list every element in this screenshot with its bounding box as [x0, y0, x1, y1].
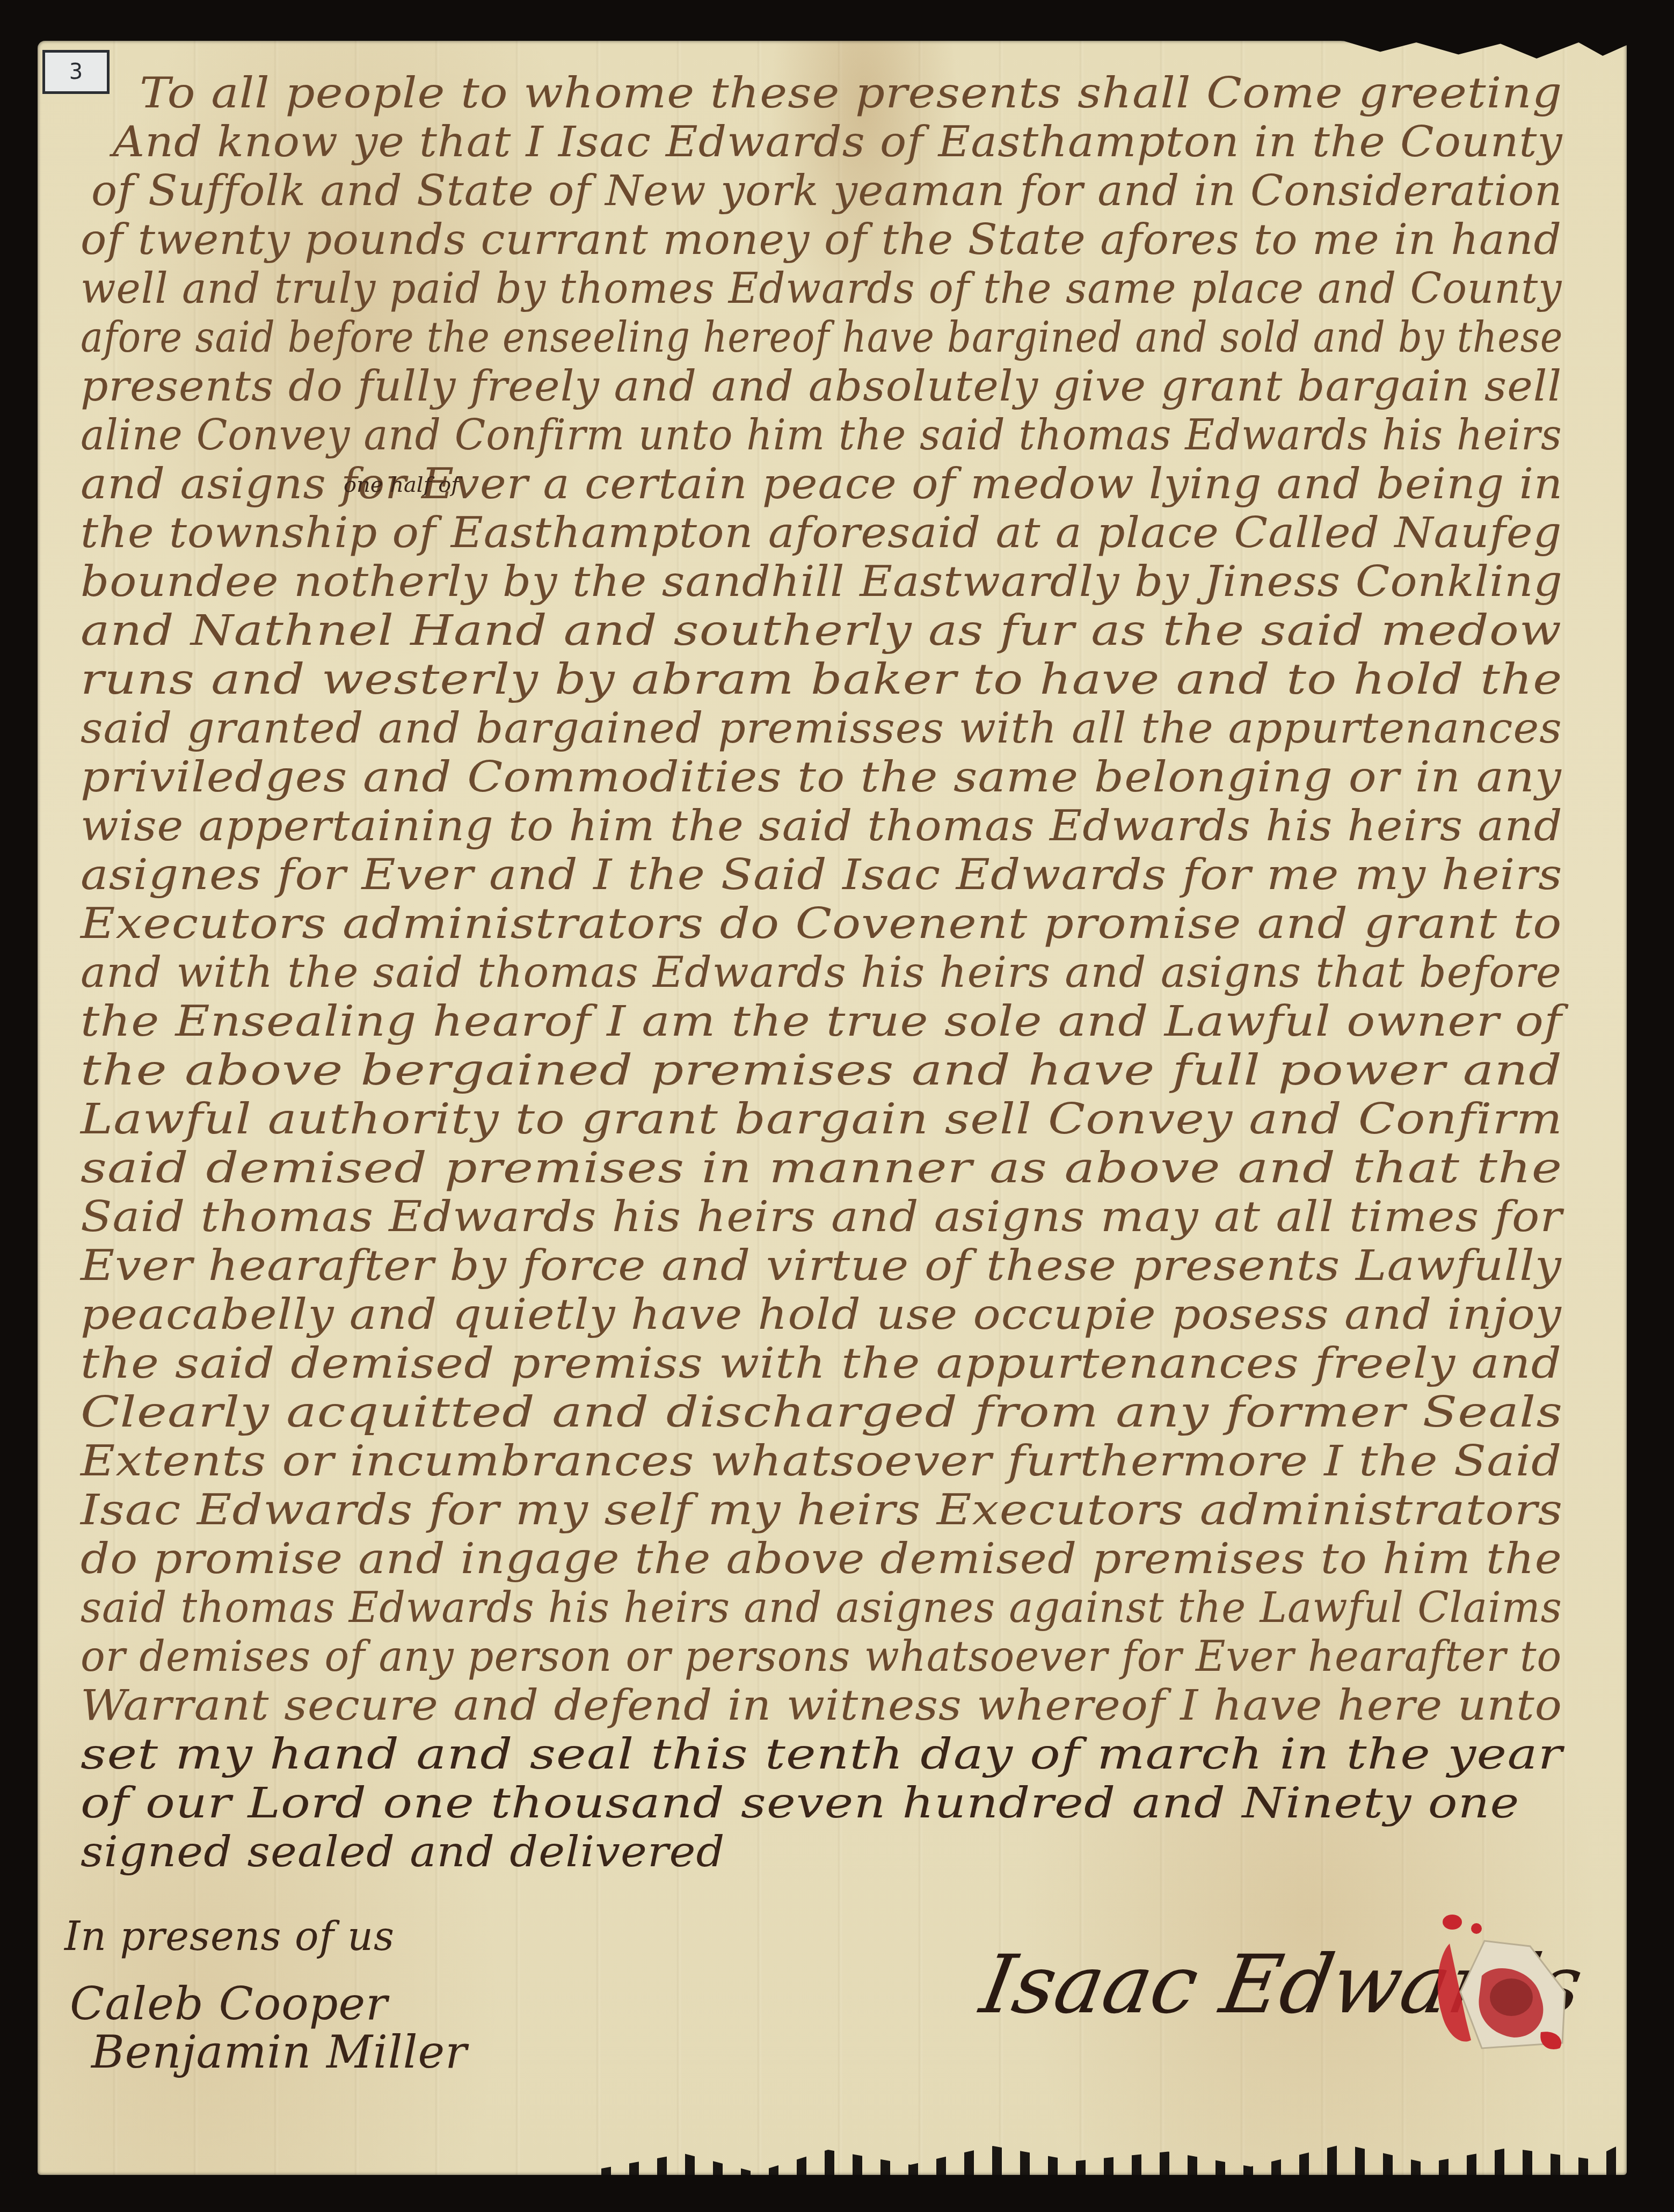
- deed-text-line: do promise and ingage the above demised …: [81, 1538, 1562, 1580]
- witness-name: Benjamin Miller: [91, 2029, 467, 2075]
- deed-text-line: Executors administrators do Covenent pro…: [81, 903, 1562, 945]
- deed-text-line: the Ensealing hearof I am the true sole …: [81, 1001, 1562, 1043]
- deed-text-line: Said thomas Edwards his heirs and asigns…: [81, 1196, 1562, 1238]
- deed-text-line: and with the said thomas Edwards his hei…: [81, 952, 1562, 994]
- deed-text-line: To all people to whome these presents sh…: [140, 72, 1562, 114]
- deed-text-line: the said demised premiss with the appurt…: [81, 1343, 1562, 1385]
- deed-text-line: said demised premises in manner as above…: [81, 1147, 1562, 1189]
- deed-text-line: asignes for Ever and I the Said Isac Edw…: [81, 854, 1562, 896]
- witness-name: Caleb Cooper: [70, 1981, 388, 2026]
- deed-text-line: boundee notherly by the sandhill Eastwar…: [81, 561, 1563, 603]
- deed-text-line: priviledges and Commodities to the same …: [81, 756, 1562, 798]
- deed-text-line: And know ye that I Isac Edwards of Easth…: [113, 121, 1563, 163]
- page-number: 3: [69, 60, 83, 84]
- deed-text-line: well and truly paid by thomes Edwards of…: [81, 268, 1562, 310]
- witness-heading: In presens of us: [64, 1917, 395, 1956]
- deed-text-line: peacabelly and quietly have hold use occ…: [81, 1294, 1562, 1336]
- deed-text-line: and Nathnel Hand and southerly as fur as…: [81, 610, 1562, 652]
- deed-text-line: Warrant secure and defend in witness whe…: [81, 1685, 1562, 1727]
- deed-text-line: the above bergained premises and have fu…: [81, 1050, 1562, 1092]
- deed-text-line: of Suffolk and State of New york yeaman …: [91, 170, 1562, 212]
- page-number-label: 3: [42, 50, 110, 94]
- deed-text-line: or demises of any person or persons what…: [81, 1636, 1562, 1678]
- deed-text-line: and asigns for Ever a certain peace of m…: [81, 463, 1563, 505]
- deed-text-line: presents do fully freely and and absolut…: [81, 366, 1562, 408]
- deed-text-line: the township of Easthampton aforesaid at…: [81, 512, 1562, 554]
- deed-text-line: Ever hearafter by force and virtue of th…: [81, 1245, 1562, 1287]
- torn-edge-top: [1326, 40, 1627, 67]
- deed-text-line: wise appertaining to him the said thomas…: [81, 805, 1563, 847]
- deed-text-line: Lawful authority to grant bargain sell C…: [81, 1098, 1563, 1140]
- deed-text-line: said granted and bargained premisses wit…: [81, 708, 1562, 750]
- deed-text-line: of our Lord one thousand seven hundred a…: [81, 1782, 1520, 1824]
- deed-text-line: runs and westerly by abram baker to have…: [81, 659, 1562, 701]
- deed-text-line: Isac Edwards for my self my heirs Execut…: [81, 1489, 1563, 1531]
- deed-text-line: aline Convey and Confirm unto him the sa…: [81, 414, 1562, 456]
- deed-text-line: signed sealed and delivered: [81, 1831, 725, 1873]
- wax-seal-icon: [1428, 1911, 1578, 2067]
- deed-text-line: Extents or incumbrances whatsoever furth…: [81, 1440, 1562, 1482]
- deed-text-line: Clearly acquitted and discharged from an…: [81, 1392, 1563, 1434]
- deed-text-line: of twenty pounds currant money of the St…: [81, 219, 1562, 261]
- deed-text-line: said thomas Edwards his heirs and asigne…: [81, 1587, 1562, 1629]
- torn-edge-bottom: [601, 2138, 1632, 2176]
- interlinear-insertion: one half of: [344, 472, 459, 497]
- deed-text-line: set my hand and seal this tenth day of m…: [81, 1734, 1563, 1776]
- deed-text-line: afore said before the enseeling hereof h…: [81, 317, 1563, 359]
